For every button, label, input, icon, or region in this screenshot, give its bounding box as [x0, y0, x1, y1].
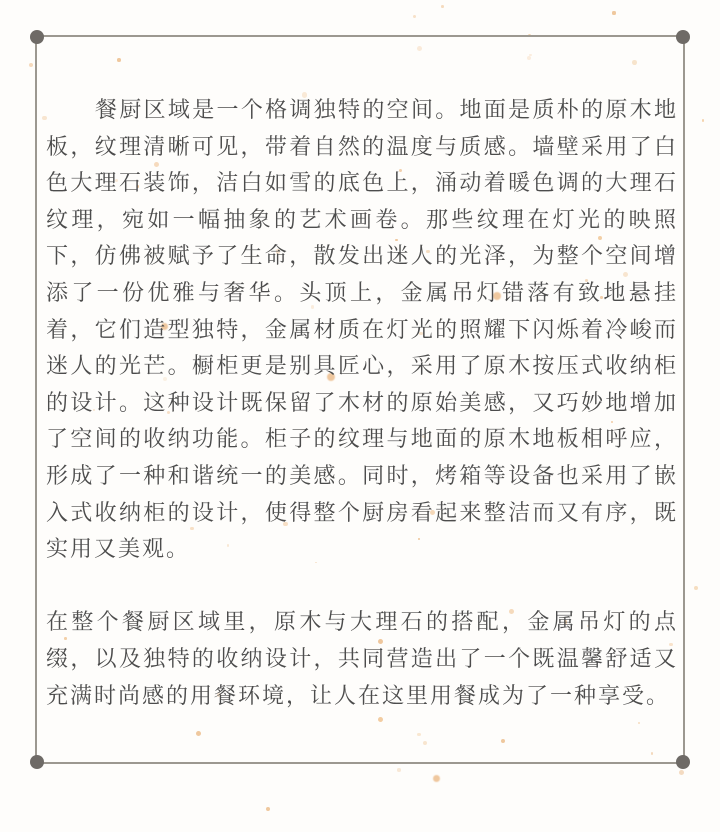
text-line: 着，它们造型独特，金属材质在灯光的照耀下闪烁着冷峻而	[46, 312, 678, 349]
text-line: 迷人的光芒。橱柜更是别具匠心，采用了原木按压式收纳柜	[46, 348, 678, 385]
speckle-dot	[694, 586, 698, 590]
text-line: 餐厨区域是一个格调独特的空间。地面是质朴的原木地	[46, 92, 678, 129]
speckle-dot	[638, 722, 640, 724]
speckle-dot	[528, 34, 531, 37]
speckle-dot	[117, 58, 121, 62]
speckle-dot	[433, 775, 440, 782]
text-line: 入式收纳柜的设计，使得整个厨房看起来整洁而又有序，既	[46, 495, 678, 532]
text-line: 色大理石装饰，洁白如雪的底色上，涌动着暖色调的大理石	[46, 165, 678, 202]
text-line: 的设计。这种设计既保留了木材的原始美感，又巧妙地增加	[46, 385, 678, 422]
text-line: 实用又美观。	[46, 531, 678, 568]
text-line: 形成了一种和谐统一的美感。同时，烤箱等设备也采用了嵌	[46, 458, 678, 495]
speckle-dot	[417, 46, 422, 51]
speckle-dot	[378, 717, 383, 722]
speckle-dot	[651, 752, 654, 755]
text-line: 纹理，宛如一幅抽象的艺术画卷。那些纹理在灯光的映照	[46, 202, 678, 239]
speckle-dot	[397, 768, 400, 771]
text-line: 充满时尚感的用餐环境，让人在这里用餐成为了一种享受。	[46, 678, 678, 715]
speckle-dot	[501, 739, 505, 743]
text-line: 了空间的收纳功能。柜子的纹理与地面的原木地板相呼应，	[46, 421, 678, 458]
speckle-dot	[417, 733, 420, 736]
speckle-dot	[266, 807, 270, 811]
corner-pin-bottom-right	[676, 755, 690, 769]
paragraph-1: 餐厨区域是一个格调独特的空间。地面是质朴的原木地板，纹理清晰可见，带着自然的温度…	[46, 92, 678, 568]
corner-pin-top-left	[30, 30, 44, 44]
speckle-dot	[413, 15, 416, 18]
speckle-dot	[29, 63, 33, 67]
paragraph-2: 在整个餐厨区域里，原木与大理石的搭配，金属吊灯的点缀，以及独特的收纳设计，共同营…	[46, 604, 678, 714]
text-line: 下，仿佛被赋予了生命，散发出迷人的光泽，为整个空间增	[46, 238, 678, 275]
text-line: 缀，以及独特的收纳设计，共同营造出了一个既温馨舒适又	[46, 641, 678, 678]
speckle-dot	[441, 5, 444, 8]
text-line: 板，纹理清晰可见，带着自然的温度与质感。墙壁采用了白	[46, 129, 678, 166]
speckle-dot	[527, 56, 531, 60]
speckle-dot	[632, 60, 637, 65]
speckle-dot	[423, 741, 427, 745]
paper-page: 餐厨区域是一个格调独特的空间。地面是质朴的原木地板，纹理清晰可见，带着自然的温度…	[0, 0, 720, 832]
speckle-dot	[612, 11, 615, 14]
speckle-dot	[529, 54, 531, 56]
text-line: 添了一份优雅与奢华。头顶上，金属吊灯错落有致地悬挂	[46, 275, 678, 312]
document-body: 餐厨区域是一个格调独特的空间。地面是质朴的原木地板，纹理清晰可见，带着自然的温度…	[46, 92, 678, 714]
corner-pin-top-right	[676, 30, 690, 44]
speckle-dot	[702, 119, 705, 122]
text-line: 在整个餐厨区域里，原木与大理石的搭配，金属吊灯的点	[46, 604, 678, 641]
speckle-dot	[196, 731, 201, 736]
corner-pin-bottom-left	[30, 755, 44, 769]
speckle-dot	[679, 770, 684, 775]
